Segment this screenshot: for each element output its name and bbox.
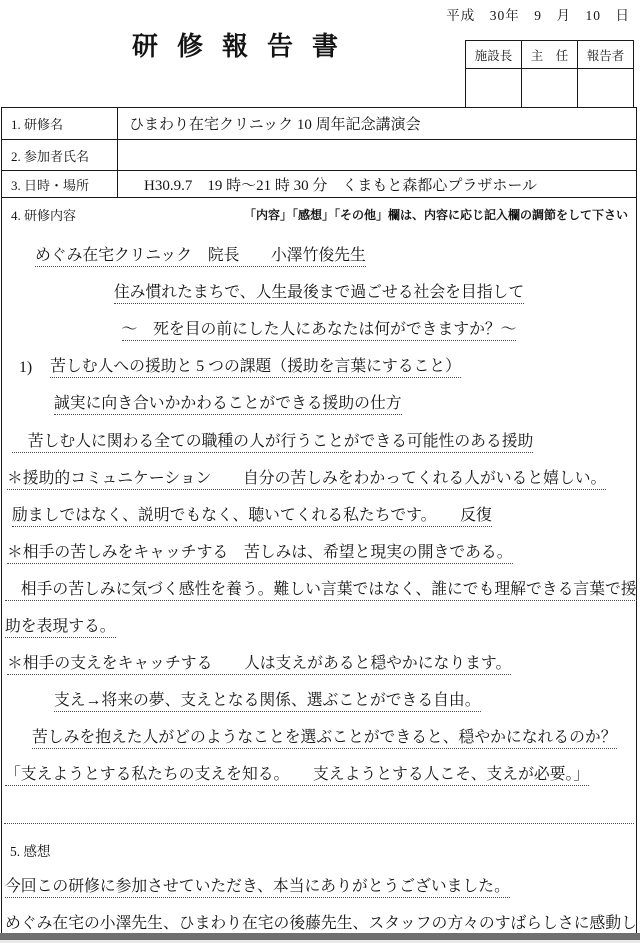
info-label-training-name: 1. 研修名 — [2, 108, 118, 139]
content-line-text: めぐみ在宅の小澤先生、ひまわり在宅の後藤先生、スタッフの方々のすばらしさに感動し — [5, 910, 637, 935]
info-row-participants: 2. 参加者氏名 — [2, 140, 636, 171]
content-line-text: 今回この研修に参加させていただき、本当にありがとうございました。 — [5, 873, 510, 898]
content-line-text: 苦しむ人に関わる全ての職種の人が行うことができる可能性のある援助 — [12, 428, 533, 453]
content-line-text: ＊相手の支えをキャッチする 人は支えがあると穏やかになります。 — [7, 650, 511, 675]
report-date: 平成 30年 9 月 10 日 — [446, 4, 630, 24]
approval-col-reporter: 報告者 — [578, 41, 634, 69]
content-line: ～ 死を目の前にした人にあなたは何ができますか？～ — [2, 304, 636, 341]
scan-edge-band — [0, 933, 640, 940]
content-line: 苦しむ人に関わる全ての職種の人が行うことができる可能性のある援助 — [2, 415, 636, 452]
report-body-box: 1. 研修名 ひまわり在宅クリニック 10 周年記念講演会 2. 参加者氏名 3… — [1, 107, 637, 935]
content-line-text: 住み慣れたまちで、人生最後まで過ごせる社会を目指して — [114, 279, 524, 304]
page-title: 研修報告書 — [0, 26, 470, 63]
section-training-content-header: 4. 研修内容 「内容」「感想」「その他」欄は、内容に応じ記入欄の調節をして下さ… — [2, 198, 636, 230]
info-row-datetime-place: 3. 日時・場所 H30.9.7 19 時～21 時 30 分 くまもと森都心プ… — [2, 171, 636, 198]
info-value-datetime-place: H30.9.7 19 時～21 時 30 分 くまもと森都心プラザホール — [118, 174, 636, 195]
info-value-training-name: ひまわり在宅クリニック 10 周年記念講演会 — [118, 113, 636, 134]
content-line: 助を表現する。 — [2, 601, 636, 638]
approval-stamp-row — [466, 69, 634, 108]
content-line: 1)苦しむ人への援助と 5 つの課題（援助を言葉にすること） — [2, 341, 636, 378]
dotted-rule — [2, 786, 636, 823]
content-line: ＊相手の苦しみをキャッチする 苦しみは、希望と現実の開きである。 — [2, 527, 636, 564]
info-row-training-name: 1. 研修名 ひまわり在宅クリニック 10 周年記念講演会 — [2, 108, 636, 140]
approval-col-facility-head: 施設長 — [466, 41, 522, 69]
content-line: 誠実に向き合いかかわることができる援助の仕方 — [2, 378, 636, 415]
stamp-cell-facility-head — [466, 69, 522, 108]
content-line: 励ましではなく、説明でもなく、聴いてくれる私たちです。 反復 — [2, 490, 636, 527]
info-label-datetime-place: 3. 日時・場所 — [2, 171, 118, 197]
approval-header-row: 施設長 主 任 報告者 — [466, 41, 634, 69]
content-line-text: 苦しむ人への援助と 5 つの課題（援助を言葉にすること） — [50, 353, 461, 378]
content-line: 今回この研修に参加させていただき、本当にありがとうございました。 — [2, 861, 636, 898]
content-line-text: 励ましではなく、説明でもなく、聴いてくれる私たちです。 反復 — [12, 502, 492, 527]
content-line-text: 苦しみを抱えた人がどのようなことを選ぶことができると、穏やかになれるのか？ — [32, 724, 617, 749]
approval-stamp-table: 施設長 主 任 報告者 — [465, 40, 634, 108]
content-line: 「支えようとする私たちの支えを知る。 支えようとする人こそ、支えが必要。」 — [2, 749, 636, 786]
content-line: 相手の苦しみに気づく感性を養う。難しい言葉ではなく、誰にでも理解できる言葉で援 — [2, 564, 636, 601]
line-number-prefix: 1) — [19, 359, 32, 378]
content-line-text: ＊相手の苦しみをキャッチする 苦しみは、希望と現実の開きである。 — [7, 539, 513, 564]
content-line-text: 支え→将来の夢、支えとなる関係、選ぶことができる自由。 — [54, 687, 481, 712]
content-line: 苦しみを抱えた人がどのようなことを選ぶことができると、穏やかになれるのか？ — [2, 712, 636, 749]
content-line-text: ～ 死を目の前にした人にあなたは何ができますか？～ — [122, 316, 517, 341]
content-line: ＊援助的コミュニケーション 自分の苦しみをわかってくれる人がいると嬉しい。 — [2, 453, 636, 490]
content-line-text: 助を表現する。 — [5, 613, 116, 638]
info-label-participants: 2. 参加者氏名 — [2, 140, 118, 170]
content-line-text: 5. 感想 — [10, 840, 51, 861]
content-line: 支え→将来の夢、支えとなる関係、選ぶことができる自由。 — [2, 675, 636, 712]
content-line-text: めぐみ在宅クリニック 院長 小澤竹俊先生 — [35, 242, 366, 267]
stamp-cell-chief — [522, 69, 578, 108]
content-line: ＊相手の支えをキャッチする 人は支えがあると穏やかになります。 — [2, 638, 636, 675]
content-line-text — [4, 822, 634, 824]
section-adjust-note: 「内容」「感想」「その他」欄は、内容に応じ記入欄の調節をして下さい — [244, 206, 628, 223]
content-line: めぐみ在宅クリニック 院長 小澤竹俊先生 — [2, 230, 636, 267]
content-line-text: ＊援助的コミュニケーション 自分の苦しみをわかってくれる人がいると嬉しい。 — [7, 465, 606, 490]
content-line: 5. 感想 — [2, 824, 636, 861]
content-line-text: 「支えようとする私たちの支えを知る。 支えようとする人こそ、支えが必要。」 — [5, 761, 589, 786]
stamp-cell-reporter — [578, 69, 634, 108]
approval-col-chief: 主 任 — [522, 41, 578, 69]
section-training-content-label: 4. 研修内容 — [11, 205, 76, 224]
content-lines: めぐみ在宅クリニック 院長 小澤竹俊先生住み慣れたまちで、人生最後まで過ごせる社… — [2, 230, 636, 935]
content-line-text: 誠実に向き合いかかわることができる援助の仕方 — [54, 390, 402, 415]
report-page: 平成 30年 9 月 10 日 研修報告書 施設長 主 任 報告者 1. 研修名… — [0, 0, 640, 943]
content-line: めぐみ在宅の小澤先生、ひまわり在宅の後藤先生、スタッフの方々のすばらしさに感動し — [2, 898, 636, 935]
content-line: 住み慣れたまちで、人生最後まで過ごせる社会を目指して — [2, 267, 636, 304]
content-line-text: 相手の苦しみに気づく感性を養う。難しい言葉ではなく、誰にでも理解できる言葉で援 — [5, 576, 637, 601]
